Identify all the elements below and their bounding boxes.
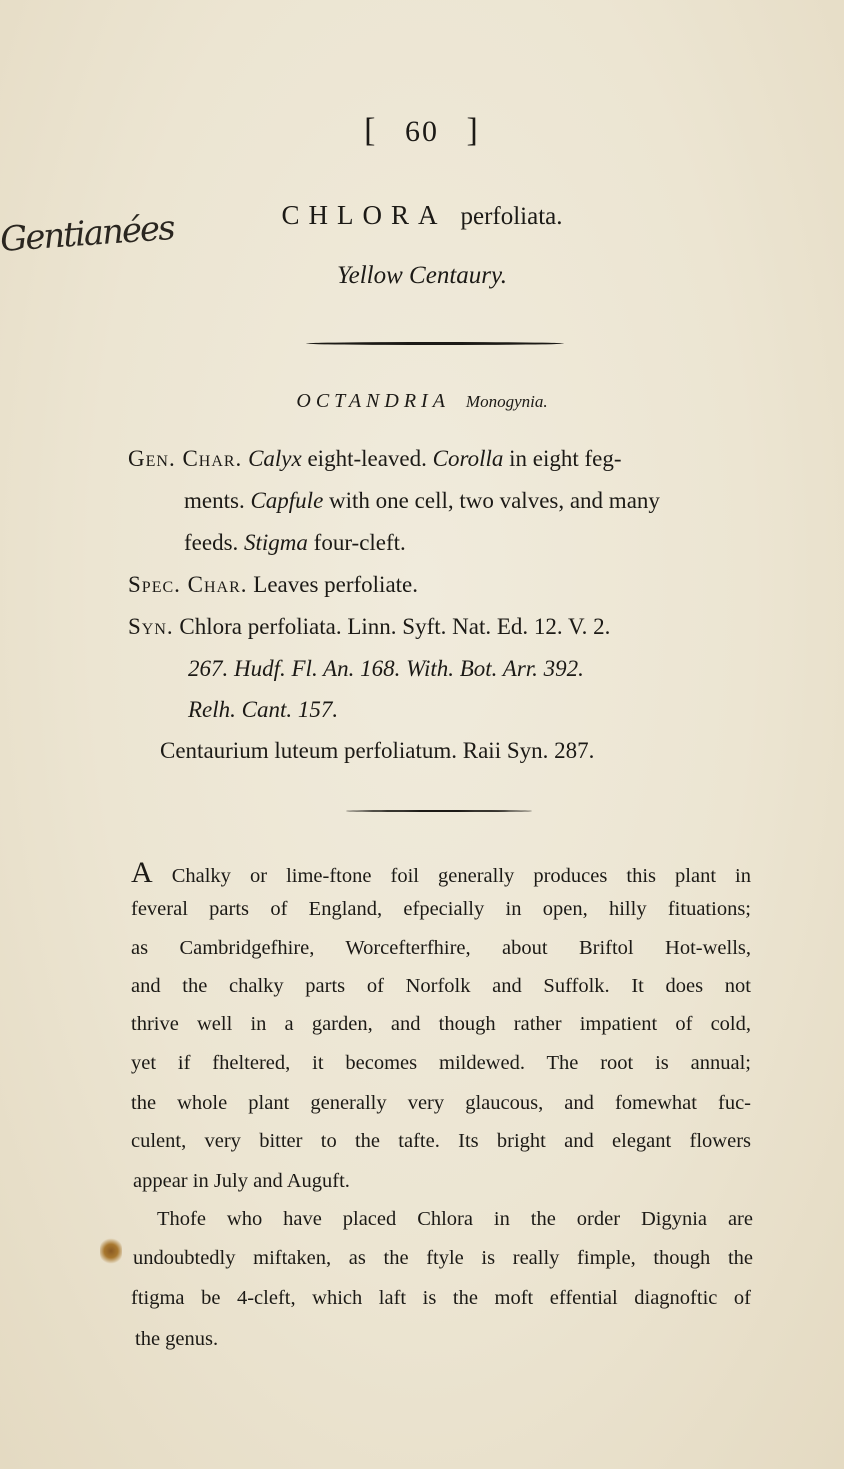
desc-p1-line-3: as Cambridgefhire, Worcefterfhire, about…	[131, 937, 751, 960]
order-name: Monogynia.	[466, 392, 548, 411]
page-number-value: 60	[405, 115, 439, 148]
spec-char-label: Spec. Char.	[128, 572, 248, 597]
bracket-right: ]	[467, 112, 480, 149]
species-name: perfoliata.	[460, 203, 562, 230]
syn-line-1: Syn. Chlora perfoliata. Linn. Syft. Nat.…	[128, 614, 610, 640]
desc-p1-line-4: and the chalky parts of Norfolk and Suff…	[131, 975, 751, 998]
desc-p1-line-9: appear in July and Auguft.	[133, 1170, 350, 1193]
gen-char-line-2: ments. Capfule with one cell, two valves…	[184, 488, 660, 514]
desc-p2-line-3: ftigma be 4-cleft, which laft is the mof…	[131, 1287, 751, 1310]
page-title: CHLORAperfoliata.	[0, 200, 844, 231]
common-name: Yellow Centaury.	[0, 262, 844, 290]
drop-cap: A	[131, 856, 153, 889]
desc-p1-line-2: feveral parts of England, efpecially in …	[131, 898, 751, 921]
desc-p2-line-2: undoubtedly miftaken, as the ftyle is re…	[133, 1247, 753, 1270]
gen-char-line-3: feeds. Stigma four-cleft.	[184, 530, 406, 556]
spec-char-line: Spec. Char. Leaves perfoliate.	[128, 572, 418, 598]
desc-p1-line-8: culent, very bitter to the tafte. Its br…	[131, 1130, 751, 1153]
class-name: OCTANDRIA	[296, 390, 450, 412]
genus-name: CHLORA	[281, 200, 446, 230]
syn-line-3: Relh. Cant. 157.	[188, 697, 338, 723]
desc-p2-line-4: the genus.	[135, 1328, 218, 1351]
gen-char-label: Gen. Char.	[128, 446, 242, 471]
desc-p1-line-6: yet if fheltered, it becomes mildewed. T…	[131, 1052, 751, 1075]
divider-top	[306, 342, 564, 345]
divider-bottom	[346, 810, 532, 812]
desc-p1-line-7: the whole plant generally very glaucous,…	[131, 1092, 751, 1115]
syn-line-2: 267. Hudf. Fl. An. 168. With. Bot. Arr. …	[188, 656, 584, 682]
desc-p1-line-1: A Chalky or lime-ftone foil generally pr…	[131, 856, 751, 890]
gen-char-line-1: Gen. Char. Calyx eight-leaved. Corolla i…	[128, 446, 622, 472]
syn-label: Syn.	[128, 614, 174, 639]
desc-p1-line-5: thrive well in a garden, and though rath…	[131, 1013, 751, 1036]
desc-p2-line-1: Thofe who have placed Chlora in the orde…	[157, 1208, 753, 1231]
classification: OCTANDRIAMonogynia.	[0, 390, 844, 413]
syn-line-4: Centaurium luteum perfoliatum. Raii Syn.…	[160, 738, 594, 764]
bracket-left: [	[364, 112, 377, 149]
page-number: [ 60 ]	[0, 112, 844, 150]
foxing-stain	[100, 1238, 122, 1264]
